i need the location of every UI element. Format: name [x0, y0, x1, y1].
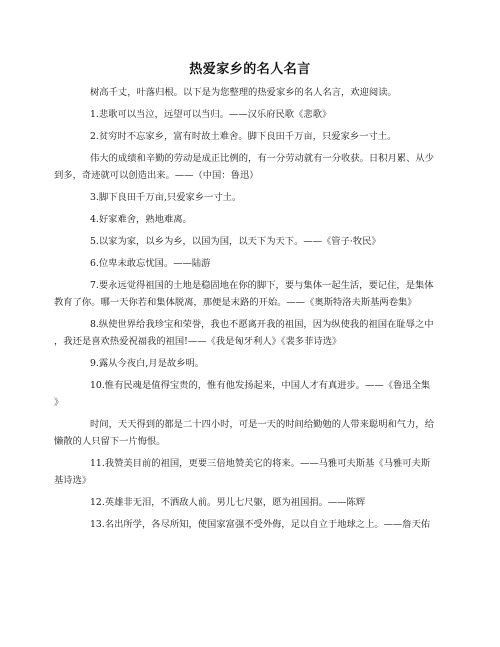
paragraph-quote-1: 1.悲歌可以当泣，远望可以当归。——汉乐府民歌《悲歌》	[72, 106, 434, 123]
paragraph-quote-2: 2.贫穷时不忘家乡，富有时故土难舍。脚下良田千万亩，只爱家乡一寸土。	[72, 128, 434, 145]
page-title: 热爱家乡的名人名言	[0, 58, 500, 77]
paragraph-time: 时间，天天得到的都是二十四小时，可是一天的时间给勤勉的人带来聪明和气力，给 懒散…	[72, 416, 434, 450]
paragraph-quote-3: 3.脚下良田千万亩,只爱家乡一寸土。	[72, 189, 434, 206]
paragraph-quote-7: 7.要永远觉得祖国的土地是稳固地在你的脚下，要与集体一起生活，要记住，是集体 教…	[72, 277, 434, 311]
paragraph-quote-4: 4.好家难舍，熟地难离。	[72, 211, 434, 228]
paragraph-quote-8: 8.纵使世界给我珍宝和荣誉，我也不愿离开我的祖国，因为纵使我的祖国在耻辱之中 ，…	[72, 316, 434, 350]
document-page: 热爱家乡的名人名言 树高千丈，叶落归根。以下是为您整理的热爱家乡的名人名言，欢迎…	[0, 0, 500, 647]
paragraph-quote-9: 9.露从今夜白,月是故乡明。	[72, 355, 434, 372]
paragraph-luxun: 伟大的成绩和辛勤的劳动是成正比例的，有一分劳动就有一分收获。日积月累、从少 到多…	[72, 150, 434, 184]
paragraph-intro: 树高千丈，叶落归根。以下是为您整理的热爱家乡的名人名言，欢迎阅读。	[72, 84, 434, 101]
paragraph-quote-11: 11.我赞美目前的祖国，更要三倍地赞美它的将来。——马雅可夫斯基《马雅可夫斯 基…	[72, 455, 434, 489]
paragraph-quote-10: 10.惟有民魂是值得宝贵的，惟有他发扬起来，中国人才有真进步。——《鲁迅全集 》	[72, 377, 434, 411]
paragraph-quote-6: 6.位卑未敢忘忧国。——陆游	[72, 255, 434, 272]
paragraph-quote-13: 13.名出所学，各尽所知，使国家富强不受外侮，足以自立于地球之上。——詹天佑	[72, 516, 434, 533]
paragraph-quote-12: 12.英雄非无泪，不洒敌人前。男儿七尺躯，愿为祖国捐。——陈辉	[72, 494, 434, 511]
paragraph-quote-5: 5.以家为家，以乡为乡，以国为国，以天下为天下。——《管子·牧民》	[72, 233, 434, 250]
